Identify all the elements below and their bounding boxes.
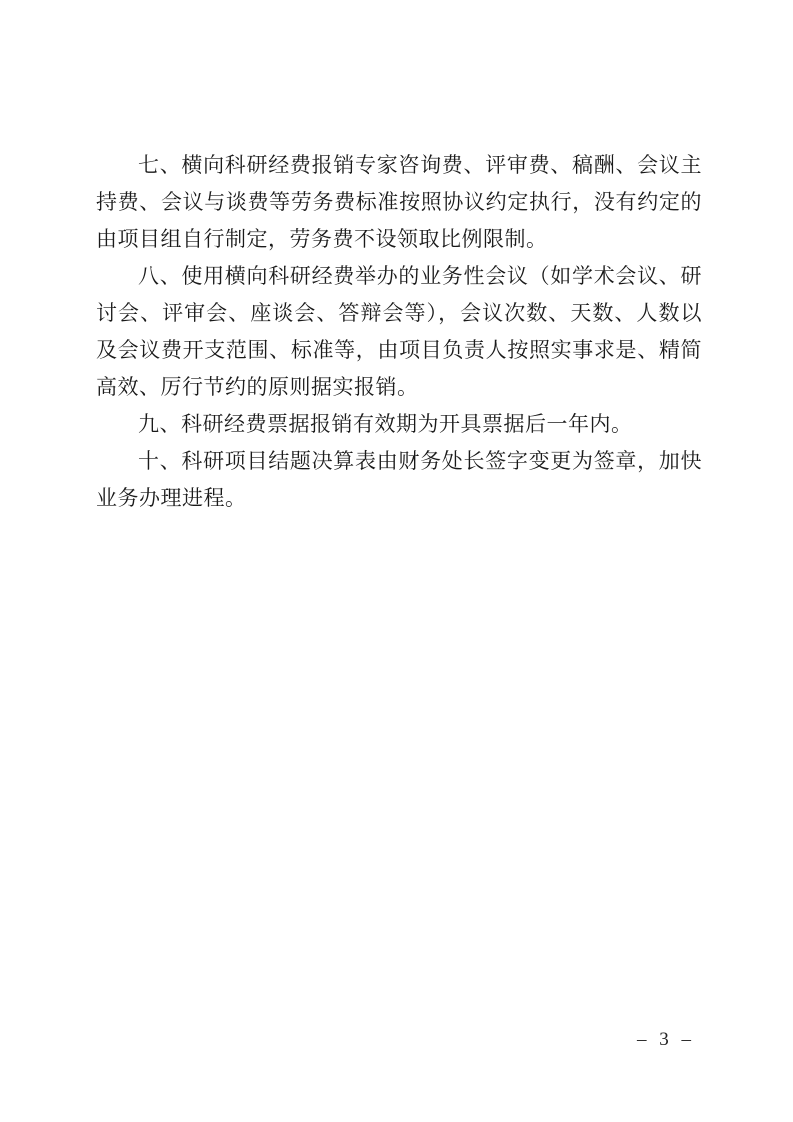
text-line: 讨会、评审会、座谈会、答辩会等），会议次数、天数、人数以 [96,295,702,332]
page-number: – 3 – [637,1028,695,1052]
text-line: 高效、厉行节约的原则据实报销。 [96,369,702,406]
paragraph: 九、科研经费票据报销有效期为开具票据后一年内。 [96,406,702,443]
document-page: 七、横向科研经费报销专家咨询费、评审费、稿酬、会议主持费、会议与谈费等劳务费标准… [0,0,793,1122]
paragraph: 七、横向科研经费报销专家咨询费、评审费、稿酬、会议主持费、会议与谈费等劳务费标准… [96,147,702,258]
paragraph: 八、使用横向科研经费举办的业务性会议（如学术会议、研讨会、评审会、座谈会、答辩会… [96,258,702,406]
text-line: 持费、会议与谈费等劳务费标准按照协议约定执行，没有约定的 [96,184,702,221]
document-body: 七、横向科研经费报销专家咨询费、评审费、稿酬、会议主持费、会议与谈费等劳务费标准… [96,147,702,517]
text-line: 十、科研项目结题决算表由财务处长签字变更为签章，加快 [96,443,702,480]
text-line: 由项目组自行制定，劳务费不设领取比例限制。 [96,221,702,258]
text-line: 九、科研经费票据报销有效期为开具票据后一年内。 [96,406,702,443]
text-line: 八、使用横向科研经费举办的业务性会议（如学术会议、研 [96,258,702,295]
text-line: 七、横向科研经费报销专家咨询费、评审费、稿酬、会议主 [96,147,702,184]
text-line: 及会议费开支范围、标准等，由项目负责人按照实事求是、精简 [96,332,702,369]
paragraph: 十、科研项目结题决算表由财务处长签字变更为签章，加快业务办理进程。 [96,443,702,517]
text-line: 业务办理进程。 [96,480,702,517]
